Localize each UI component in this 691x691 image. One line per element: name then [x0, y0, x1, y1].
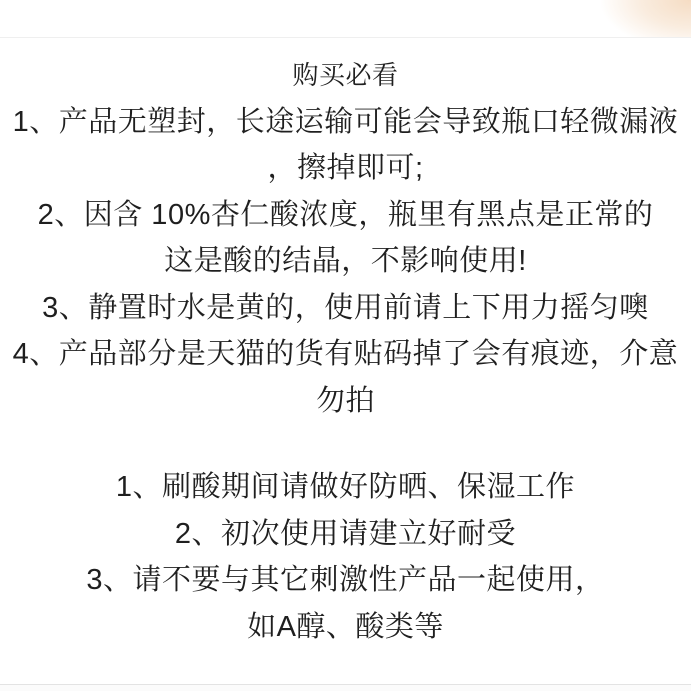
section-gap [0, 424, 691, 464]
warning-line: 3、静置时水是黄的，使用前请上下用力摇匀噢 [0, 285, 691, 332]
tip-line: 2、初次使用请建立好耐受 [0, 511, 691, 558]
warning-line: 1、产品无塑封，长途运输可能会导致瓶口轻微漏液 [0, 99, 691, 146]
tip-line: 1、刷酸期间请做好防晒、保湿工作 [0, 464, 691, 511]
footer-strip [0, 685, 691, 691]
tip-line: 3、请不要与其它刺激性产品一起使用， [0, 557, 691, 604]
warning-line: 这是酸的结晶，不影响使用! [0, 238, 691, 285]
warning-line: 4、产品部分是天猫的货有贴码掉了会有痕迹，介意 [0, 331, 691, 378]
product-notice-image: 购买必看 1、产品无塑封，长途运输可能会导致瓶口轻微漏液 ，擦掉即可; 2、因含… [0, 0, 691, 691]
tip-line: 如A醇、酸类等 [0, 604, 691, 651]
notice-title: 购买必看 [0, 52, 691, 99]
corner-glow-decoration [601, 0, 691, 38]
warning-line: 2、因含 10%杏仁酸浓度，瓶里有黑点是正常的 [0, 192, 691, 239]
notice-content: 购买必看 1、产品无塑封，长途运输可能会导致瓶口轻微漏液 ，擦掉即可; 2、因含… [0, 37, 691, 650]
warning-line: 勿拍 [0, 378, 691, 425]
warning-line: ，擦掉即可; [0, 145, 691, 192]
